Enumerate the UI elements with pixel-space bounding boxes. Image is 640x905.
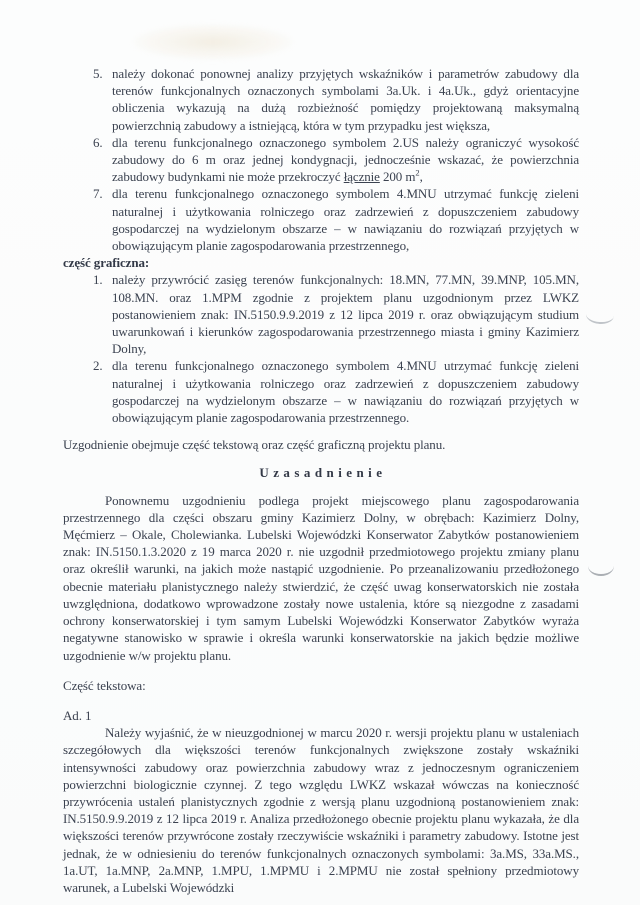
- graphic-list-item-1: 1. należy przywrócić zasięg terenów funk…: [63, 271, 579, 357]
- list-item-6-text-mid: 200 m: [380, 169, 416, 184]
- list-item-7-number: 7.: [93, 185, 112, 254]
- scan-smudge-artifact: [133, 24, 293, 60]
- list-item-6-underlined-word: łącznie: [344, 169, 380, 184]
- justification-heading: U z a s a d n i e n i e: [63, 464, 579, 481]
- ad1-label: Ad. 1: [63, 707, 579, 724]
- list-item-6-number: 6.: [93, 134, 112, 186]
- document-page: 5. należy dokonać ponownej analizy przyj…: [0, 0, 640, 905]
- scan-arc-mark-lower: [588, 556, 614, 576]
- list-item-7: 7. dla terenu funkcjonalnego oznaczonego…: [63, 185, 579, 254]
- list-item-6: 6. dla terenu funkcjonalnego oznaczonego…: [63, 134, 579, 186]
- document-content: 5. należy dokonać ponownej analizy przyj…: [63, 65, 579, 896]
- graphic-list-item-1-number: 1.: [93, 271, 112, 357]
- main-conditions-list: 5. należy dokonać ponownej analizy przyj…: [63, 65, 579, 254]
- list-item-5-text: należy dokonać ponownej analizy przyjęty…: [112, 65, 579, 134]
- list-item-5: 5. należy dokonać ponownej analizy przyj…: [63, 65, 579, 134]
- graphic-list-item-2: 2. dla terenu funkcjonalnego oznaczonego…: [63, 357, 579, 426]
- spacer: [63, 426, 579, 436]
- graphic-list-item-2-text: dla terenu funkcjonalnego oznaczonego sy…: [112, 357, 579, 426]
- list-item-5-number: 5.: [93, 65, 112, 134]
- graphic-part-heading: część graficzna:: [63, 254, 579, 271]
- graphic-conditions-list: 1. należy przywrócić zasięg terenów funk…: [63, 271, 579, 426]
- graphic-list-item-1-text: należy przywrócić zasięg terenów funkcjo…: [112, 271, 579, 357]
- spacer: [63, 694, 579, 707]
- list-item-6-text: dla terenu funkcjonalnego oznaczonego sy…: [112, 134, 579, 186]
- agreement-paragraph: Uzgodnienie obejmuje część tekstową oraz…: [63, 436, 579, 453]
- scan-arc-mark-upper: [585, 305, 614, 325]
- graphic-list-item-2-number: 2.: [93, 357, 112, 426]
- list-item-6-text-post: ,: [420, 169, 423, 184]
- justification-paragraph: Ponownemu uzgodnieniu podlega projekt mi…: [63, 492, 579, 664]
- spacer: [63, 664, 579, 677]
- ad1-paragraph: Należy wyjaśnić, że w nieuzgodnionej w m…: [63, 724, 579, 896]
- text-part-heading: Część tekstowa:: [63, 677, 579, 694]
- list-item-7-text: dla terenu funkcjonalnego oznaczonego sy…: [112, 185, 579, 254]
